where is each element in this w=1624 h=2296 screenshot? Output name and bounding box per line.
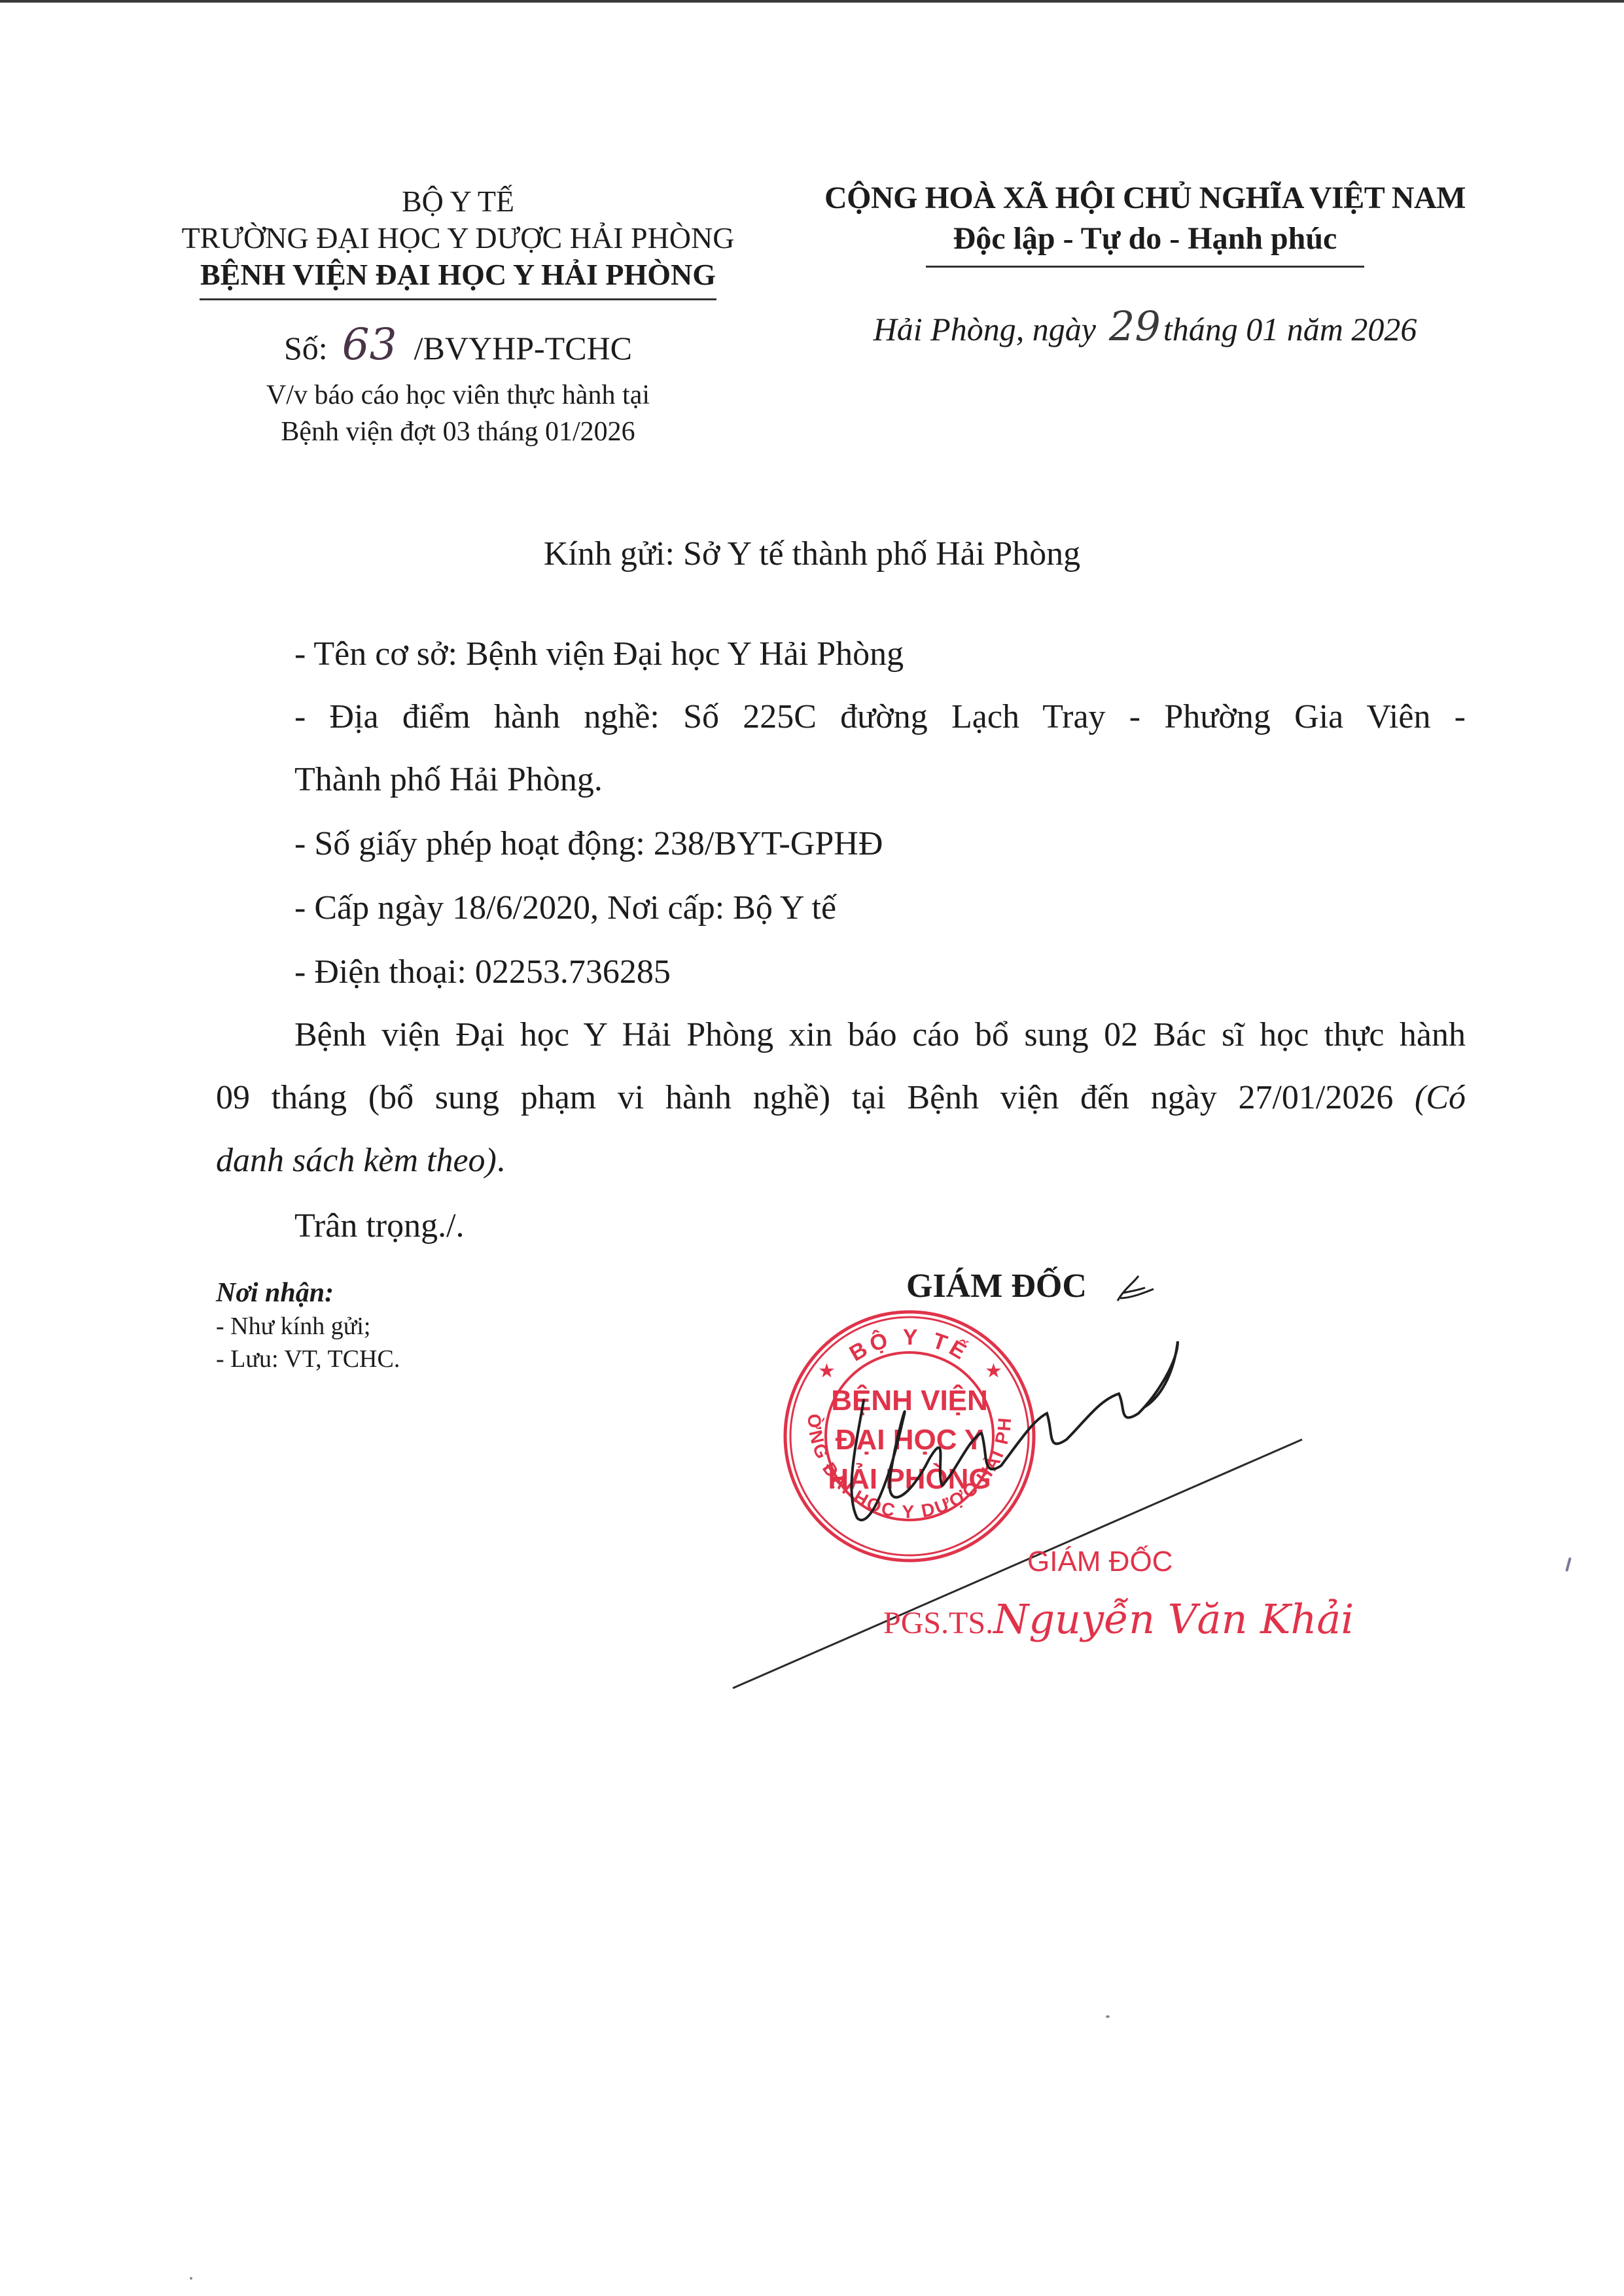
hospital-name: BỆNH VIỆN ĐẠI HỌC Y HẢI PHÒNG <box>144 256 772 293</box>
document-number: Số:63/BVYHP-TCHC <box>144 325 772 368</box>
svg-text:★: ★ <box>818 1360 836 1382</box>
signer-name: PGS.TS.Nguyễn Văn Khải <box>883 1597 1354 1653</box>
doc-number-suffix: /BVYHP-TCHC <box>414 330 632 366</box>
facility-address-cont: Thành phố Hải Phòng. <box>294 759 603 801</box>
national-motto: Độc lập - Tự do - Hạnh phúc <box>792 219 1498 259</box>
phone-number: - Điện thoại: 02253.736285 <box>294 951 671 993</box>
scan-speck <box>190 2277 192 2280</box>
university-name: TRƯỜNG ĐẠI HỌC Y DƯỢC HẢI PHÒNG <box>144 220 772 256</box>
signatory-title-text: GIÁM ĐỐC <box>906 1267 1087 1305</box>
national-header: CỘNG HOÀ XÃ HỘI CHỦ NGHĨA VIỆT NAM Độc l… <box>792 178 1498 349</box>
doc-number-handwritten: 63 <box>328 319 414 370</box>
body-line-1: Bệnh viện Đại học Y Hải Phòng xin báo cá… <box>294 1014 1466 1056</box>
date-prefix: Hải Phòng, ngày <box>874 311 1096 347</box>
distribution-list: Nơi nhận: - Như kính gửi; - Lưu: VT, TCH… <box>216 1276 400 1375</box>
nation-title: CỘNG HOÀ XÃ HỘI CHỦ NGHĨA VIỆT NAM <box>792 178 1498 219</box>
signer-full-name: Nguyễn Văn Khải <box>993 1595 1354 1643</box>
subject-line-2: Bệnh viện đợt 03 tháng 01/2026 <box>144 414 772 450</box>
distribution-item: - Lưu: VT, TCHC. <box>216 1343 400 1375</box>
stamp-role: GIÁM ĐỐC <box>1027 1544 1173 1580</box>
doc-number-label: Số: <box>284 330 328 366</box>
facility-name: - Tên cơ sở: Bệnh viện Đại học Y Hải Phò… <box>294 633 904 675</box>
license-issued: - Cấp ngày 18/6/2020, Nơi cấp: Bộ Y tế <box>294 887 836 929</box>
body-paragraph: Bệnh viện Đại học Y Hải Phòng xin báo cá… <box>216 1014 1466 1263</box>
ministry-name: BỘ Y TẾ <box>144 183 772 220</box>
date-suffix: tháng 01 năm 2026 <box>1163 311 1417 347</box>
document-date: Hải Phòng, ngày29tháng 01 năm 2026 <box>792 307 1498 349</box>
facility-address: - Địa điểm hành nghề: Số 225C đường Lạch… <box>294 696 1466 738</box>
body-line-2-italic: (Có <box>1415 1079 1466 1116</box>
handwritten-signature-icon <box>838 1322 1243 1531</box>
subject: V/v báo cáo học viên thực hành tại Bệnh … <box>144 377 772 450</box>
body-line-2-text: 09 tháng (bổ sung phạm vi hành nghề) tại… <box>216 1079 1415 1116</box>
distribution-title: Nơi nhận: <box>216 1276 400 1310</box>
body-line-2: 09 tháng (bổ sung phạm vi hành nghề) tại… <box>216 1077 1466 1119</box>
subject-line-1: V/v báo cáo học viên thực hành tại <box>144 377 772 414</box>
distribution-item: - Như kính gửi; <box>216 1310 400 1343</box>
license-number: - Số giấy phép hoạt động: 238/BYT-GPHĐ <box>294 823 883 865</box>
header-left-divider <box>200 298 716 300</box>
signatory-title: GIÁM ĐỐC <box>906 1266 1157 1309</box>
body-line-3-end: . <box>497 1142 505 1179</box>
closing: Trân trọng./. <box>294 1205 465 1247</box>
initial-mark-icon <box>1098 1269 1157 1309</box>
header-right-divider <box>926 266 1364 268</box>
body-line-3: danh sách kèm theo). <box>216 1140 505 1182</box>
scan-top-edge <box>0 0 1624 3</box>
facility-info: - Tên cơ sở: Bệnh viện Đại học Y Hải Phò… <box>294 633 1466 1000</box>
date-day-handwritten: 29 <box>1096 302 1163 350</box>
issuer-header: BỘ Y TẾ TRƯỜNG ĐẠI HỌC Y DƯỢC HẢI PHÒNG … <box>144 183 772 450</box>
addressee: Kính gửi: Sở Y tế thành phố Hải Phòng <box>0 533 1624 575</box>
scan-speck <box>1106 2015 1110 2018</box>
signer-prefix: PGS.TS. <box>883 1606 993 1640</box>
scan-speck <box>1565 1557 1572 1572</box>
attachment-note: danh sách kèm theo) <box>216 1142 497 1179</box>
